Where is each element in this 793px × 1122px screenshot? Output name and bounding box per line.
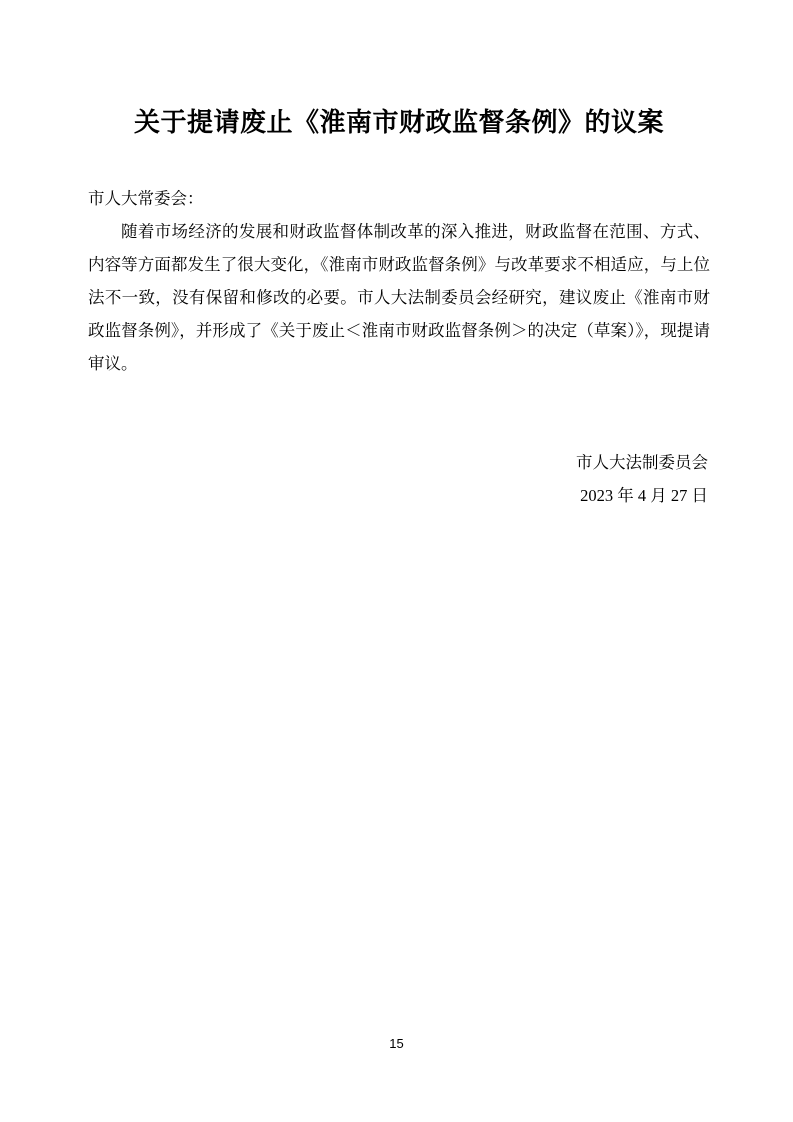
signature-block: 市人大法制委员会 2023 年 4 月 27 日 — [88, 446, 710, 512]
signature-date: 2023 年 4 月 27 日 — [88, 479, 708, 512]
signature-committee: 市人大法制委员会 — [88, 446, 708, 479]
document-content: 关于提请废止《淮南市财政监督条例》的议案 市人大常委会： 随着市场经济的发展和财… — [0, 105, 793, 512]
page-number: 15 — [0, 1036, 793, 1052]
document-title: 关于提请废止《淮南市财政监督条例》的议案 — [88, 105, 710, 141]
salutation: 市人大常委会： — [88, 182, 710, 215]
body-paragraph: 随着市场经济的发展和财政监督体制改革的深入推进，财政监督在范围、方式、内容等方面… — [88, 215, 710, 380]
document-page: 关于提请废止《淮南市财政监督条例》的议案 市人大常委会： 随着市场经济的发展和财… — [0, 0, 793, 1122]
